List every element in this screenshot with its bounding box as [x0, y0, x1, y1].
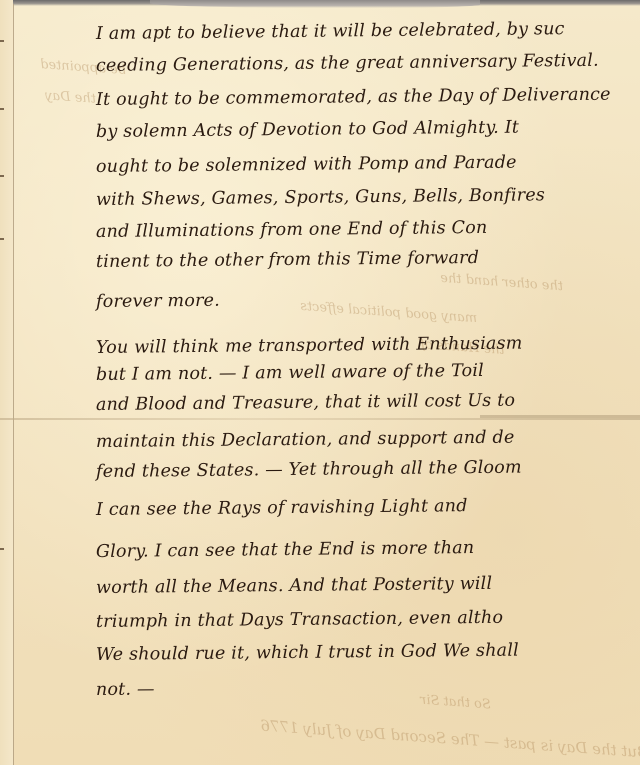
letter-line: I can see the Rays of ravishing Light an…	[96, 496, 468, 520]
letter-line: You will think me transported with Enthu…	[96, 334, 523, 358]
edge-ink-mark	[0, 548, 4, 550]
letter-line: by solemn Acts of Devotion to God Almigh…	[96, 118, 519, 142]
letter-line: tinent to the other from this Time forwa…	[96, 248, 479, 272]
letter-line: I am apt to believe that it will be cele…	[96, 19, 565, 44]
letter-line: forever more.	[96, 291, 220, 312]
bleed-through-text: the other hand the	[440, 271, 564, 295]
edge-ink-mark	[0, 40, 4, 42]
edge-ink-mark	[0, 175, 4, 177]
manuscript-page: be appointed the Day the other hand the …	[0, 0, 640, 765]
letter-line: Glory. I can see that the End is more th…	[96, 538, 474, 562]
letter-line: fend these States. — Yet through all the…	[96, 458, 522, 482]
letter-line: and Blood and Treasure, that it will cos…	[96, 391, 515, 415]
letter-line: with Shews, Games, Sports, Guns, Bells, …	[96, 185, 545, 210]
bleed-through-text: many good political effects	[300, 299, 478, 326]
letter-line: ought to be solemnized with Pomp and Par…	[96, 153, 517, 177]
torn-top-patch	[150, 0, 480, 8]
letter-line: It ought to be commemorated, as the Day …	[96, 85, 611, 110]
letter-line: maintain this Declaration, and support a…	[96, 428, 515, 452]
letter-line: ceeding Generations, as the great annive…	[96, 51, 599, 76]
facing-page-edge	[0, 0, 13, 765]
margin-fold-line	[13, 4, 14, 765]
letter-line: not. —	[96, 679, 155, 700]
bleed-through-text: the Day	[45, 88, 97, 107]
edge-ink-mark	[0, 108, 4, 110]
bleed-through-text: So that Sir	[420, 693, 492, 713]
bleed-through-text: But the Day is past — The Second Day of …	[260, 716, 640, 761]
edge-ink-mark	[0, 238, 4, 240]
letter-line: triumph in that Days Transaction, even a…	[96, 608, 503, 632]
paper-overlap-edge	[480, 415, 640, 418]
letter-line: We should rue it, which I trust in God W…	[96, 641, 519, 665]
letter-line: and Illuminations from one End of this C…	[96, 218, 488, 242]
horizontal-fold-line	[0, 418, 640, 420]
letter-line: but I am not. — I am well aware of the T…	[96, 361, 484, 385]
letter-line: worth all the Means. And that Posterity …	[96, 574, 492, 598]
